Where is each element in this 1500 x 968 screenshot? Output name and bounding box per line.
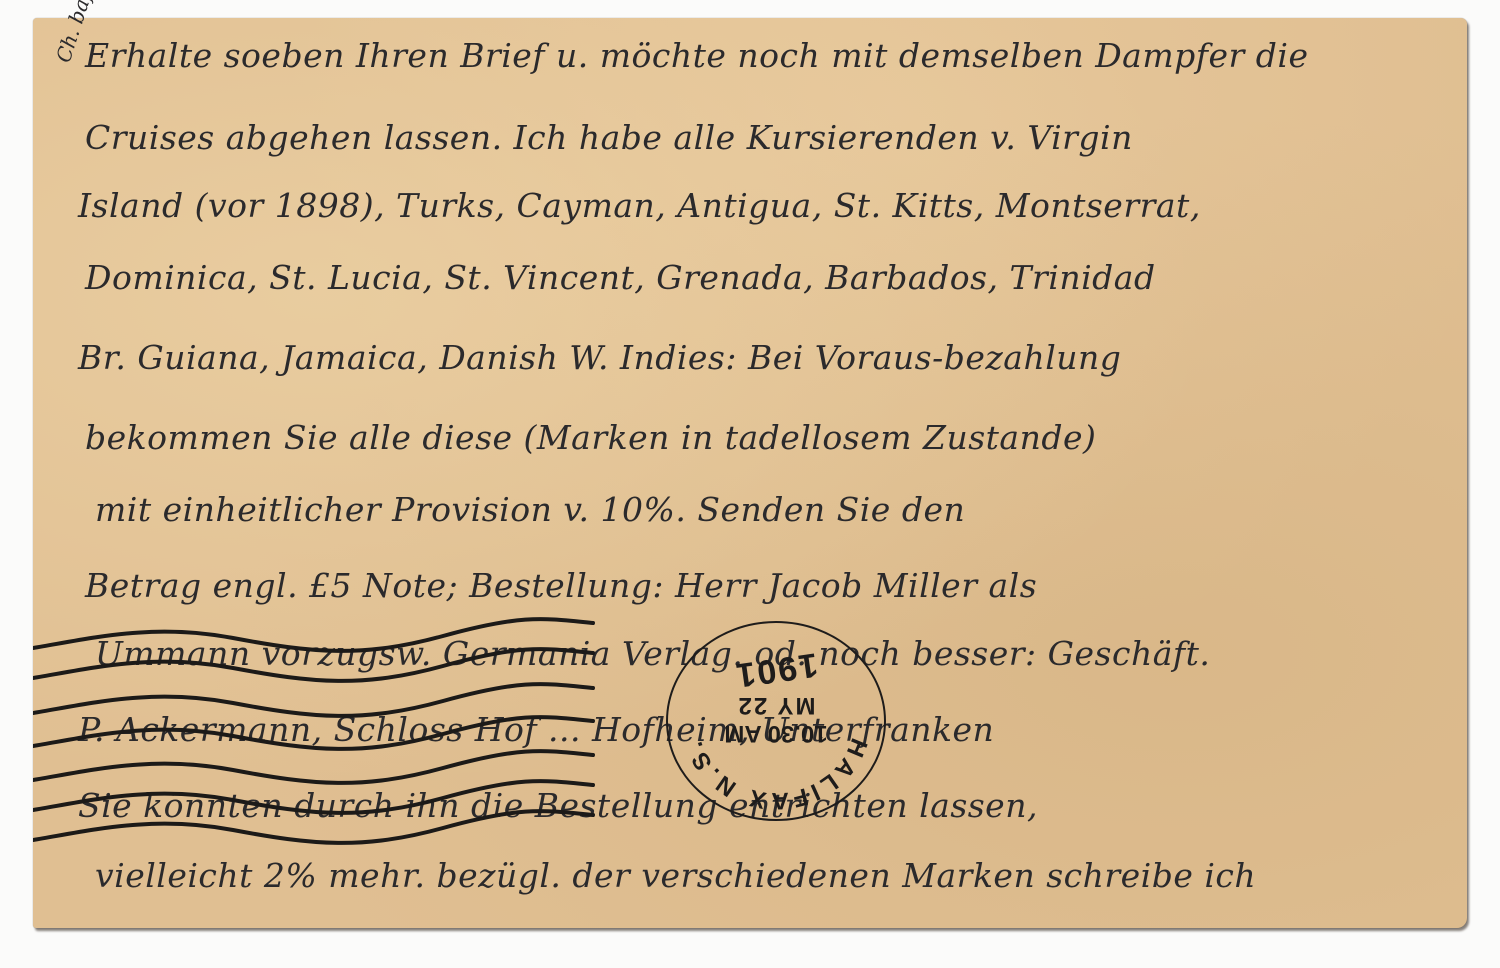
text-line-9: Ummann vorzugsw. Germania Verlag. od. no… (95, 634, 1210, 673)
text-line-3: Island (vor 1898), Turks, Cayman, Antigu… (78, 186, 1201, 225)
postmark-date: MY 22 (668, 691, 884, 719)
text-line-12: vielleicht 2% mehr. bezügl. der verschie… (95, 856, 1256, 895)
postcard: Ch. bafagt Erhalte soeben Ihren Brief u.… (33, 18, 1467, 928)
text-line-11: Sie könnten durch ihn die Bestellung ent… (78, 786, 1038, 825)
postmark-time: 10.30 AM (668, 719, 884, 747)
text-line-7: mit einheitlicher Provision v. 10%. Send… (95, 490, 965, 529)
text-line-5: Br. Guiana, Jamaica, Danish W. Indies: B… (78, 338, 1121, 377)
text-line-6: bekommen Sie alle diese (Marken in tadel… (85, 418, 1096, 457)
text-line-1: Erhalte soeben Ihren Brief u. möchte noc… (85, 36, 1308, 75)
text-line-8: Betrag engl. £5 Note; Bestellung: Herr J… (85, 566, 1037, 605)
postmark: HALIFAX N.S. 1901 MY 22 10.30 AM (666, 621, 886, 821)
text-line-4: Dominica, St. Lucia, St. Vincent, Grenad… (85, 258, 1156, 297)
text-line-2: Cruises abgehen lassen. Ich habe alle Ku… (85, 118, 1133, 157)
